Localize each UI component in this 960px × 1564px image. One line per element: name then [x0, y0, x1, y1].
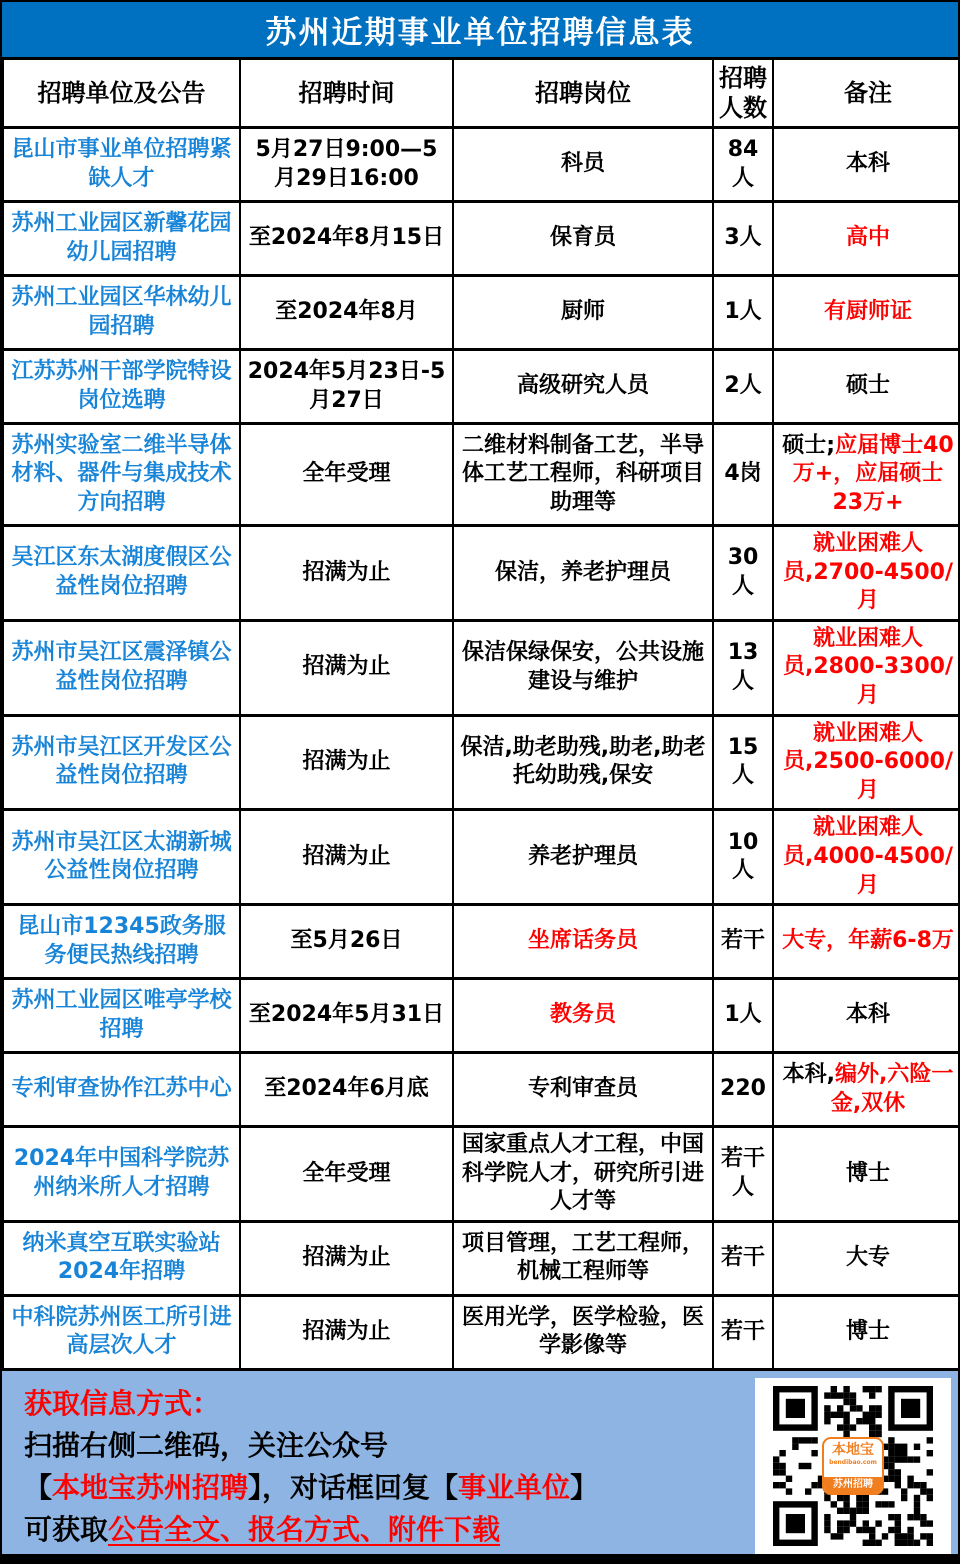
- remark-cell: 博士: [773, 1295, 960, 1369]
- qr-logo-caption: 苏州招聘: [824, 1477, 882, 1493]
- text-segment: 科员: [561, 151, 605, 176]
- table-row: 纳米真空互联实验站2024年招聘招满为止项目管理，工艺工程师，机械工程师等若干大…: [3, 1221, 960, 1295]
- time-cell: 全年受理: [240, 424, 453, 526]
- text-segment: 硕士;: [782, 433, 835, 458]
- count-cell: 13人: [713, 620, 773, 715]
- col-header-remark: 备注: [773, 59, 960, 128]
- position-cell: 国家重点人才工程，中国科学院人才，研究所引进人才等: [453, 1127, 713, 1222]
- text-segment: 高级研究人员: [517, 373, 649, 398]
- position-cell: 厨师: [453, 276, 713, 350]
- time-cell: 招满为止: [240, 715, 453, 810]
- footer-scan-instruction: 扫描右侧二维码，关注公众号: [24, 1425, 754, 1467]
- count-cell: 10人: [713, 810, 773, 905]
- text-segment: 博士: [846, 1161, 890, 1186]
- position-cell: 教务员: [453, 979, 713, 1053]
- text-segment: 【: [24, 1471, 52, 1504]
- unit-link[interactable]: 专利审查协作江苏中心: [3, 1053, 240, 1127]
- time-cell: 至2024年5月31日: [240, 979, 453, 1053]
- time-cell: 至5月26日: [240, 905, 453, 979]
- unit-link[interactable]: 吴江区东太湖度假区公益性岗位招聘: [3, 526, 240, 621]
- text-segment: 本科,: [783, 1062, 835, 1087]
- unit-link[interactable]: 纳米真空互联实验站2024年招聘: [3, 1221, 240, 1295]
- time-cell: 招满为止: [240, 810, 453, 905]
- table-row: 苏州市吴江区开发区公益性岗位招聘招满为止保洁,助老助残,助老,助老托幼助残,保安…: [3, 715, 960, 810]
- count-cell: 若干: [713, 905, 773, 979]
- unit-link[interactable]: 苏州工业园区新馨花园幼儿园招聘: [3, 202, 240, 276]
- time-cell: 2024年5月23日-5月27日: [240, 350, 453, 424]
- position-cell: 保育员: [453, 202, 713, 276]
- count-cell: 15人: [713, 715, 773, 810]
- text-segment: 养老护理员: [528, 844, 638, 869]
- count-cell: 1人: [713, 276, 773, 350]
- text-segment: 保洁,助老助残,助老,助老托幼助残,保安: [460, 735, 705, 789]
- footer-account-instruction: 【本地宝苏州招聘】，对话框回复【事业单位】: [24, 1467, 754, 1509]
- time-cell: 招满为止: [240, 526, 453, 621]
- count-cell: 220: [713, 1053, 773, 1127]
- text-segment: 大专，年薪6-8万: [782, 928, 954, 953]
- time-cell: 招满为止: [240, 1295, 453, 1369]
- position-cell: 高级研究人员: [453, 350, 713, 424]
- remark-cell: 硕士;应届博士40万+，应届硕士23万+: [773, 424, 960, 526]
- footer-text: 获取信息方式： 扫描右侧二维码，关注公众号 【本地宝苏州招聘】，对话框回复【事业…: [24, 1383, 754, 1551]
- text-segment: 就业困难人员,4000-4500/月: [783, 815, 953, 897]
- remark-cell: 大专: [773, 1221, 960, 1295]
- text-segment: 本地宝苏州招聘: [52, 1471, 248, 1504]
- col-header-unit: 招聘单位及公告: [3, 59, 240, 128]
- count-cell: 84人: [713, 128, 773, 202]
- count-cell: 3人: [713, 202, 773, 276]
- table-row: 苏州工业园区新馨花园幼儿园招聘至2024年8月15日保育员3人高中: [3, 202, 960, 276]
- recruitment-info-sheet: 苏州近期事业单位招聘信息表 招聘单位及公告 招聘时间 招聘岗位 招聘人数 备注 …: [0, 0, 960, 1564]
- unit-link[interactable]: 苏州工业园区华林幼儿园招聘: [3, 276, 240, 350]
- unit-link[interactable]: 昆山市12345政务服务便民热线招聘: [3, 905, 240, 979]
- unit-link[interactable]: 苏州市吴江区开发区公益性岗位招聘: [3, 715, 240, 810]
- remark-cell: 本科: [773, 979, 960, 1053]
- text-segment: 高中: [846, 225, 890, 250]
- count-cell: 30人: [713, 526, 773, 621]
- table-row: 苏州实验室二维半导体材料、器件与集成技术方向招聘全年受理二维材料制备工艺，半导体…: [3, 424, 960, 526]
- qr-pattern: 本地宝 bendibao.com 苏州招聘: [773, 1386, 933, 1546]
- remark-cell: 大专，年薪6-8万: [773, 905, 960, 979]
- col-header-time: 招聘时间: [240, 59, 453, 128]
- text-segment: 博士: [846, 1319, 890, 1344]
- remark-cell: 有厨师证: [773, 276, 960, 350]
- qr-logo-title: 本地宝: [832, 1442, 874, 1459]
- text-segment: 可获取: [24, 1513, 108, 1546]
- position-cell: 专利审查员: [453, 1053, 713, 1127]
- time-cell: 招满为止: [240, 1221, 453, 1295]
- text-segment: 保洁保绿保安，公共设施建设与维护: [462, 640, 704, 694]
- header-row: 招聘单位及公告 招聘时间 招聘岗位 招聘人数 备注: [3, 59, 960, 128]
- text-segment: 就业困难人员,2500-6000/月: [783, 721, 953, 803]
- text-segment: 】: [570, 1471, 598, 1504]
- time-cell: 至2024年8月: [240, 276, 453, 350]
- remark-cell: 本科,编外,六险一金,双休: [773, 1053, 960, 1127]
- unit-link[interactable]: 苏州市吴江区太湖新城公益性岗位招聘: [3, 810, 240, 905]
- text-segment: 坐席话务员: [528, 928, 638, 953]
- text-segment: 保洁，养老护理员: [495, 560, 671, 585]
- time-cell: 至2024年8月15日: [240, 202, 453, 276]
- text-segment: 专利审查员: [528, 1076, 638, 1101]
- position-cell: 保洁保绿保安，公共设施建设与维护: [453, 620, 713, 715]
- count-cell: 若干: [713, 1221, 773, 1295]
- count-cell: 2人: [713, 350, 773, 424]
- count-cell: 若干: [713, 1295, 773, 1369]
- text-segment: 教务员: [550, 1002, 616, 1027]
- bottom-border-bar: [2, 1554, 958, 1562]
- footer-download-links: 可获取公告全文、报名方式、附件下载: [24, 1509, 754, 1551]
- position-cell: 养老护理员: [453, 810, 713, 905]
- text-segment: 二维材料制备工艺，半导体工艺工程师，科研项目助理等: [462, 433, 704, 515]
- recruitment-table: 招聘单位及公告 招聘时间 招聘岗位 招聘人数 备注 昆山市事业单位招聘紧缺人才5…: [2, 57, 960, 1371]
- remark-cell: 博士: [773, 1127, 960, 1222]
- text-segment: 就业困难人员,2700-4500/月: [783, 531, 953, 613]
- unit-link[interactable]: 苏州实验室二维半导体材料、器件与集成技术方向招聘: [3, 424, 240, 526]
- time-cell: 至2024年6月底: [240, 1053, 453, 1127]
- table-row: 苏州工业园区唯亭学校招聘至2024年5月31日教务员1人本科: [3, 979, 960, 1053]
- unit-link[interactable]: 2024年中国科学院苏州纳米所人才招聘: [3, 1127, 240, 1222]
- qr-code: 本地宝 bendibao.com 苏州招聘: [755, 1378, 951, 1554]
- position-cell: 科员: [453, 128, 713, 202]
- footer-info-panel: 获取信息方式： 扫描右侧二维码，关注公众号 【本地宝苏州招聘】，对话框回复【事业…: [2, 1371, 958, 1554]
- table-row: 江苏苏州干部学院特设岗位选聘2024年5月23日-5月27日高级研究人员2人硕士: [3, 350, 960, 424]
- table-row: 苏州市吴江区震泽镇公益性岗位招聘招满为止保洁保绿保安，公共设施建设与维护13人就…: [3, 620, 960, 715]
- table-row: 中科院苏州医工所引进高层次人才招满为止医用光学，医学检验，医学影像等若干博士: [3, 1295, 960, 1369]
- position-cell: 项目管理，工艺工程师，机械工程师等: [453, 1221, 713, 1295]
- text-segment: 国家重点人才工程，中国科学院人才，研究所引进人才等: [462, 1132, 704, 1214]
- remark-cell: 就业困难人员,2700-4500/月: [773, 526, 960, 621]
- text-segment: 项目管理，工艺工程师，机械工程师等: [462, 1231, 704, 1285]
- count-cell: 1人: [713, 979, 773, 1053]
- table-row: 苏州市吴江区太湖新城公益性岗位招聘招满为止养老护理员10人就业困难人员,4000…: [3, 810, 960, 905]
- remark-cell: 就业困难人员,2800-3300/月: [773, 620, 960, 715]
- text-segment: 就业困难人员,2800-3300/月: [783, 626, 953, 708]
- unit-link[interactable]: 昆山市事业单位招聘紧缺人才: [3, 128, 240, 202]
- col-header-count: 招聘人数: [713, 59, 773, 128]
- text-segment: 保育员: [550, 225, 616, 250]
- position-cell: 保洁，养老护理员: [453, 526, 713, 621]
- text-segment: 大专: [846, 1245, 890, 1270]
- footer-heading: 获取信息方式：: [24, 1383, 754, 1425]
- time-cell: 5月27日9:00—5月29日16:00: [240, 128, 453, 202]
- unit-link[interactable]: 江苏苏州干部学院特设岗位选聘: [3, 350, 240, 424]
- table-row: 专利审查协作江苏中心至2024年6月底专利审查员220本科,编外,六险一金,双休: [3, 1053, 960, 1127]
- remark-cell: 高中: [773, 202, 960, 276]
- remark-cell: 就业困难人员,2500-6000/月: [773, 715, 960, 810]
- remark-cell: 硕士: [773, 350, 960, 424]
- text-segment: 硕士: [846, 373, 890, 398]
- table-row: 2024年中国科学院苏州纳米所人才招聘全年受理国家重点人才工程，中国科学院人才，…: [3, 1127, 960, 1222]
- text-segment: 本科: [846, 1002, 890, 1027]
- text-segment: 编外,六险一金,双休: [831, 1062, 954, 1116]
- position-cell: 坐席话务员: [453, 905, 713, 979]
- qr-logo-site: bendibao.com: [829, 1459, 877, 1467]
- table-row: 苏州工业园区华林幼儿园招聘至2024年8月厨师1人有厨师证: [3, 276, 960, 350]
- text-segment: 厨师: [561, 299, 605, 324]
- table-row: 昆山市事业单位招聘紧缺人才5月27日9:00—5月29日16:00科员84人本科: [3, 128, 960, 202]
- unit-link[interactable]: 苏州市吴江区震泽镇公益性岗位招聘: [3, 620, 240, 715]
- time-cell: 全年受理: [240, 1127, 453, 1222]
- position-cell: 二维材料制备工艺，半导体工艺工程师，科研项目助理等: [453, 424, 713, 526]
- remark-cell: 本科: [773, 128, 960, 202]
- text-segment: 有厨师证: [824, 299, 912, 324]
- unit-link[interactable]: 苏州工业园区唯亭学校招聘: [3, 979, 240, 1053]
- page-title: 苏州近期事业单位招聘信息表: [2, 2, 958, 57]
- col-header-position: 招聘岗位: [453, 59, 713, 128]
- time-cell: 招满为止: [240, 620, 453, 715]
- position-cell: 医用光学，医学检验，医学影像等: [453, 1295, 713, 1369]
- table-row: 昆山市12345政务服务便民热线招聘至5月26日坐席话务员若干大专，年薪6-8万: [3, 905, 960, 979]
- position-cell: 保洁,助老助残,助老,助老托幼助残,保安: [453, 715, 713, 810]
- count-cell: 4岗: [713, 424, 773, 526]
- text-segment: 本科: [846, 151, 890, 176]
- count-cell: 若干人: [713, 1127, 773, 1222]
- table-row: 吴江区东太湖度假区公益性岗位招聘招满为止保洁，养老护理员30人就业困难人员,27…: [3, 526, 960, 621]
- text-segment: 事业单位: [458, 1471, 570, 1504]
- qr-center-logo: 本地宝 bendibao.com 苏州招聘: [822, 1437, 884, 1495]
- remark-cell: 就业困难人员,4000-4500/月: [773, 810, 960, 905]
- unit-link[interactable]: 中科院苏州医工所引进高层次人才: [3, 1295, 240, 1369]
- text-segment: 医用光学，医学检验，医学影像等: [462, 1305, 704, 1359]
- text-segment[interactable]: 公告全文、报名方式、附件下载: [108, 1513, 500, 1546]
- text-segment: 】，对话框回复【: [248, 1471, 458, 1504]
